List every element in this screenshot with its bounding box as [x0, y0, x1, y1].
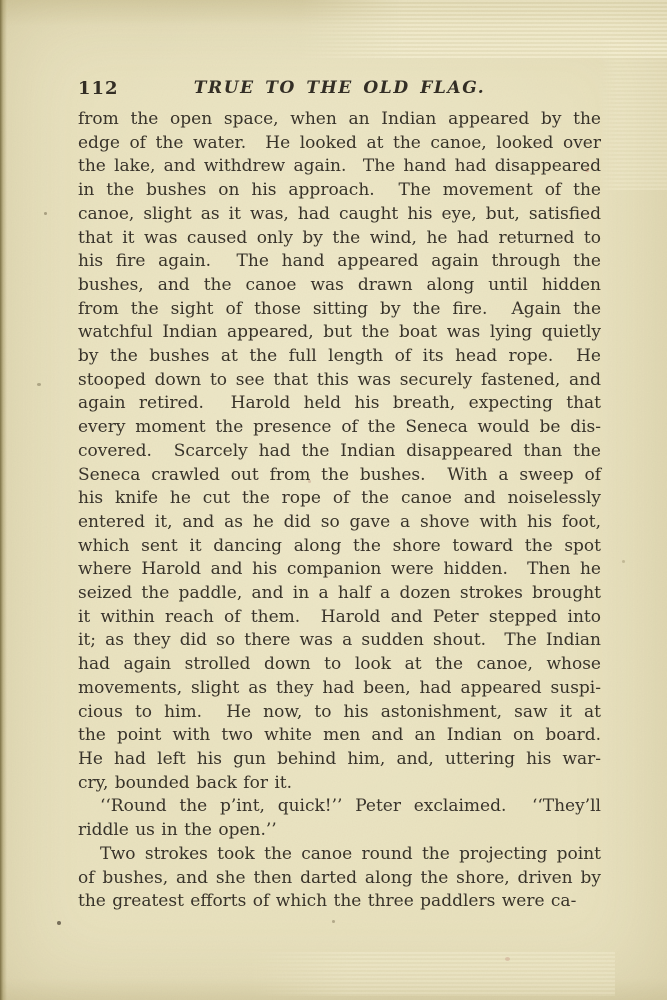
paper-speckle — [57, 921, 61, 925]
text-line: which sent it dancing along the shore to… — [78, 535, 601, 559]
text-line: from the sight of those sitting by the f… — [78, 298, 601, 322]
text-line: ‘‘Round the p’int, quick!’’ Peter exclai… — [78, 795, 601, 819]
text-line: had again strolled down to look at the c… — [78, 653, 601, 677]
text-line: stooped down to see that this was secure… — [78, 369, 601, 393]
text-line: the lake, and withdrew again. The hand h… — [78, 155, 601, 179]
text-line: cious to him. He now, to his astonishmen… — [78, 701, 601, 725]
text-line: it; as they did so there was a sudden sh… — [78, 629, 601, 653]
text-line: covered. Scarcely had the Indian disappe… — [78, 440, 601, 464]
paper-speckle — [332, 920, 335, 923]
running-header: TRUE TO THE OLD FLAG. — [78, 78, 601, 98]
text-line: by the bushes at the full length of its … — [78, 345, 601, 369]
text-line: Seneca crawled out from the bushes. With… — [78, 464, 601, 488]
text-line: his fire again. The hand appeared again … — [78, 250, 601, 274]
text-line: movements, slight as they had been, had … — [78, 677, 601, 701]
text-line: cry, bounded back for it. — [78, 772, 601, 796]
paper-speckle — [622, 560, 625, 563]
page-gutter-edge — [0, 0, 7, 1000]
text-line: again retired. Harold held his breath, e… — [78, 392, 601, 416]
paper-speckle — [37, 383, 41, 386]
paper-speckle — [505, 957, 510, 961]
text-line: riddle us in the open.’’ — [78, 819, 601, 843]
text-line: bushes, and the canoe was drawn along un… — [78, 274, 601, 298]
text-line: He had left his gun behind him, and, utt… — [78, 748, 601, 772]
text-line: seized the paddle, and in a half a dozen… — [78, 582, 601, 606]
text-line: it within reach of them. Harold and Pete… — [78, 606, 601, 630]
text-line: of bushes, and she then darted along the… — [78, 867, 601, 891]
text-line: that it was caused only by the wind, he … — [78, 227, 601, 251]
text-line: the point with two white men and an Indi… — [78, 724, 601, 748]
text-line: edge of the water. He looked at the cano… — [78, 132, 601, 156]
text-line: every moment the presence of the Seneca … — [78, 416, 601, 440]
book-page-scan: 112 TRUE TO THE OLD FLAG. from the open … — [0, 0, 667, 1000]
text-line: canoe, slight as it was, had caught his … — [78, 203, 601, 227]
text-line: the greatest efforts of which the three … — [78, 890, 601, 914]
text-block: from the open space, when an Indian appe… — [78, 108, 601, 914]
text-line: from the open space, when an Indian appe… — [78, 108, 601, 132]
text-line: entered it, and as he did so gave a shov… — [78, 511, 601, 535]
text-line: Two strokes took the canoe round the pro… — [78, 843, 601, 867]
text-line: his knife he cut the rope of the canoe a… — [78, 487, 601, 511]
paper-speckle — [44, 212, 47, 215]
paper-streak-texture — [250, 952, 615, 996]
paper-streak-texture — [598, 40, 667, 190]
text-line: watchful Indian appeared, but the boat w… — [78, 321, 601, 345]
page-header: 112 TRUE TO THE OLD FLAG. — [78, 78, 601, 102]
text-line: in the bushes on his approach. The movem… — [78, 179, 601, 203]
text-line: where Harold and his companion were hidd… — [78, 558, 601, 582]
